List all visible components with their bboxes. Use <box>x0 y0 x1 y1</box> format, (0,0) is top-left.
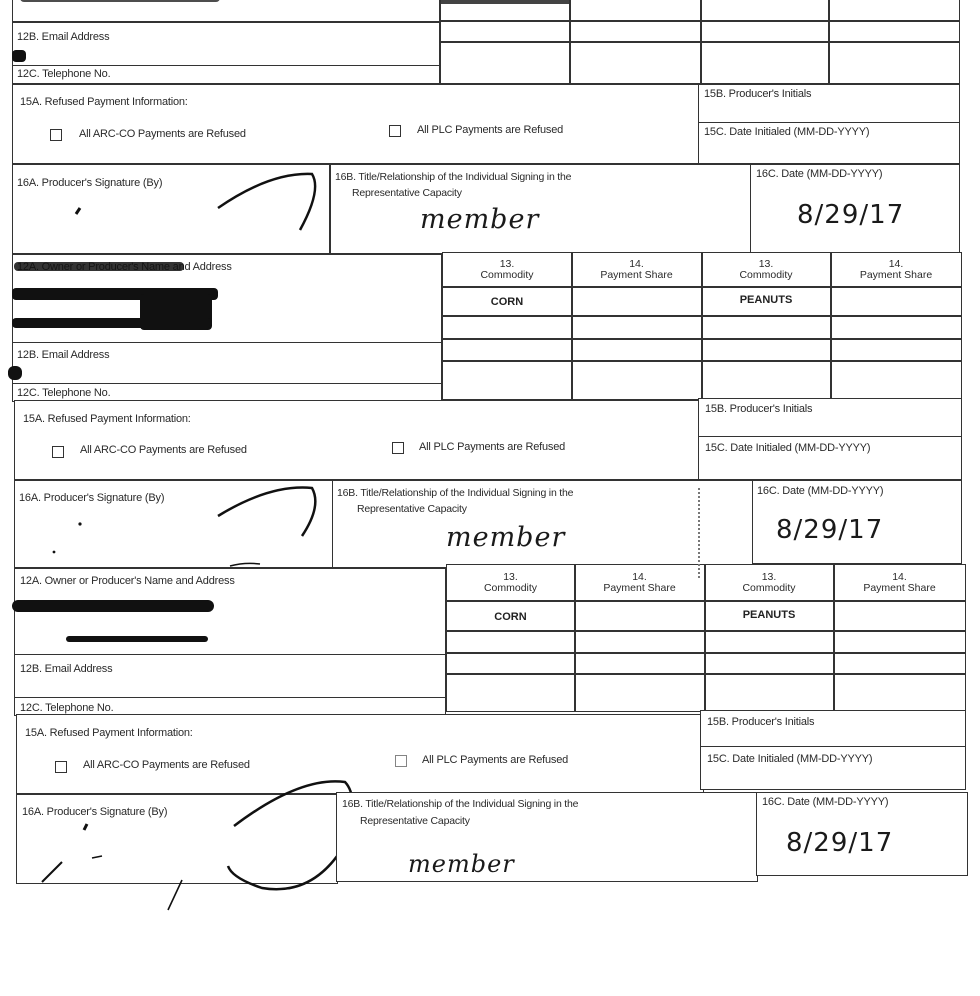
title-value: member <box>408 850 515 878</box>
date-value: 8/29/17 <box>786 828 893 858</box>
date-label: 16C. Date (MM-DD-YYYY) <box>762 796 888 808</box>
title-label-line2: Representative Capacity <box>360 815 470 827</box>
scan-artifact <box>698 488 706 578</box>
title-label-line1: 16B. Title/Relationship of the Individua… <box>342 798 578 810</box>
